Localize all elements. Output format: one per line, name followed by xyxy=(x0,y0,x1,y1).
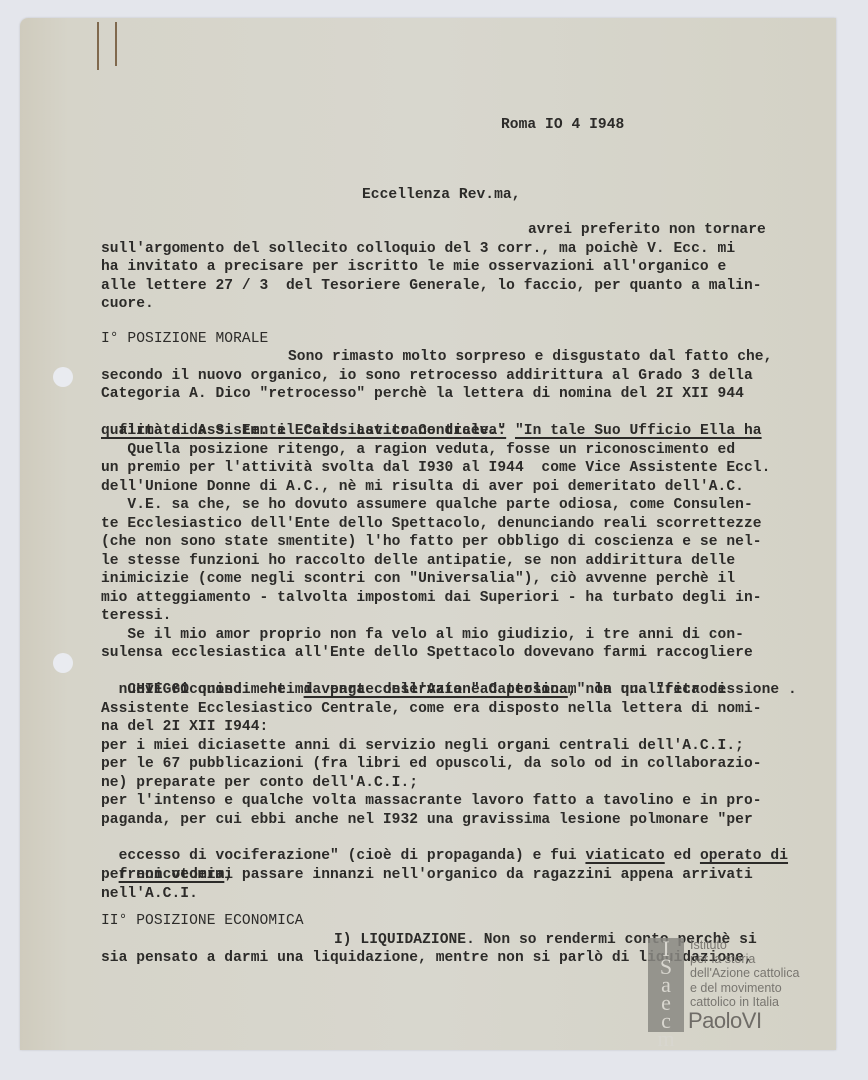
punch-hole-bottom xyxy=(53,653,73,673)
section-heading-moral: I° POSIZIONE MORALE xyxy=(101,330,268,348)
text-line: sull'argomento del sollecito colloquio d… xyxy=(101,240,735,258)
text-fragment: ed xyxy=(665,848,700,864)
text-line: te Ecclesiastico dell'Ente dello Spettac… xyxy=(101,515,762,533)
text-line: secondo il nuovo organico, io sono retro… xyxy=(101,367,753,385)
text-line: per non vedermi passare innanzi nell'org… xyxy=(101,866,753,884)
text-line: per l'intenso e qualche volta massacrant… xyxy=(101,792,762,810)
text-line: per le 67 pubblicazioni (fra libri ed op… xyxy=(101,755,762,773)
underlined-word: viaticato xyxy=(585,848,664,864)
text-line: cuore. xyxy=(101,295,154,313)
text-line: CHIEGGO quindi che mi venga conservata "… xyxy=(101,681,726,699)
text-line: Sono rimasto molto sorpreso e disgustato… xyxy=(288,348,772,366)
text-line: alle lettere 27 / 3 del Tesoriere Genera… xyxy=(101,277,762,295)
text-line: un premio per l'attività svolta dal I930… xyxy=(101,459,770,477)
underlined-quote: "In tale Suo Ufficio Ella ha xyxy=(515,423,762,439)
text-line: ha invitato a precisare per iscritto le … xyxy=(101,258,726,276)
watermark-institute-text: Istituto per la storia dell'Azione catto… xyxy=(690,938,799,1009)
text-line: paganda, per cui ebbi anche nel I932 una… xyxy=(101,811,753,829)
text-line: V.E. sa che, se ho dovuto assumere qualc… xyxy=(101,496,753,514)
text-line: ne) preparate per conto dell'A.C.I.; xyxy=(101,774,418,792)
punch-hole-top xyxy=(53,367,73,387)
isacem-watermark: I S a e c m Istituto per la storia dell'… xyxy=(640,938,800,1038)
text-line: Assistente Ecclesiastico Centrale, come … xyxy=(101,700,762,718)
text-line: sulensa ecclesiastica all'Ente dello Spe… xyxy=(101,644,753,662)
text-line: le stesse funzioni ho raccolto delle ant… xyxy=(101,552,735,570)
text-line: Quella posizione ritengo, a ragion vedut… xyxy=(101,441,735,459)
watermark-name: PaoloVI xyxy=(688,1008,762,1034)
text-line: inimicizie (come negli scontri con "Univ… xyxy=(101,570,735,588)
text-line: nell'A.C.I. xyxy=(101,885,198,903)
text-line: Categoria A. Dico "retrocesso" perchè la… xyxy=(101,385,744,403)
staple-mark-left xyxy=(97,22,99,70)
underlined-phrase: operato di xyxy=(700,848,788,864)
text-line: avrei preferito non tornare xyxy=(528,221,766,239)
text-line: mio atteggiamento - talvolta impostomi d… xyxy=(101,589,762,607)
text-line: (che non sono state smentite) l'ho fatto… xyxy=(101,533,762,551)
text-line: na del 2I XII I944: xyxy=(101,718,268,736)
text-line: Se il mio amor proprio non fa velo al mi… xyxy=(101,626,744,644)
underlined-quote-cont: qualità di Assistente Ecclesiastico Cent… xyxy=(101,422,506,440)
section-heading-economic: II° POSIZIONE ECONOMICA xyxy=(101,912,304,930)
staple-mark-right xyxy=(115,22,117,66)
watermark-logo-letters: I S a e c m xyxy=(648,940,684,1048)
letter-date: Roma IO 4 I948 xyxy=(501,116,624,134)
text-line: per i miei diciasette anni di servizio n… xyxy=(101,737,744,755)
text-line: dell'Unione Donne di A.C., nè mi risulta… xyxy=(101,478,744,496)
text-line: teressi. xyxy=(101,607,171,625)
salutation: Eccellenza Rev.ma, xyxy=(362,186,521,204)
